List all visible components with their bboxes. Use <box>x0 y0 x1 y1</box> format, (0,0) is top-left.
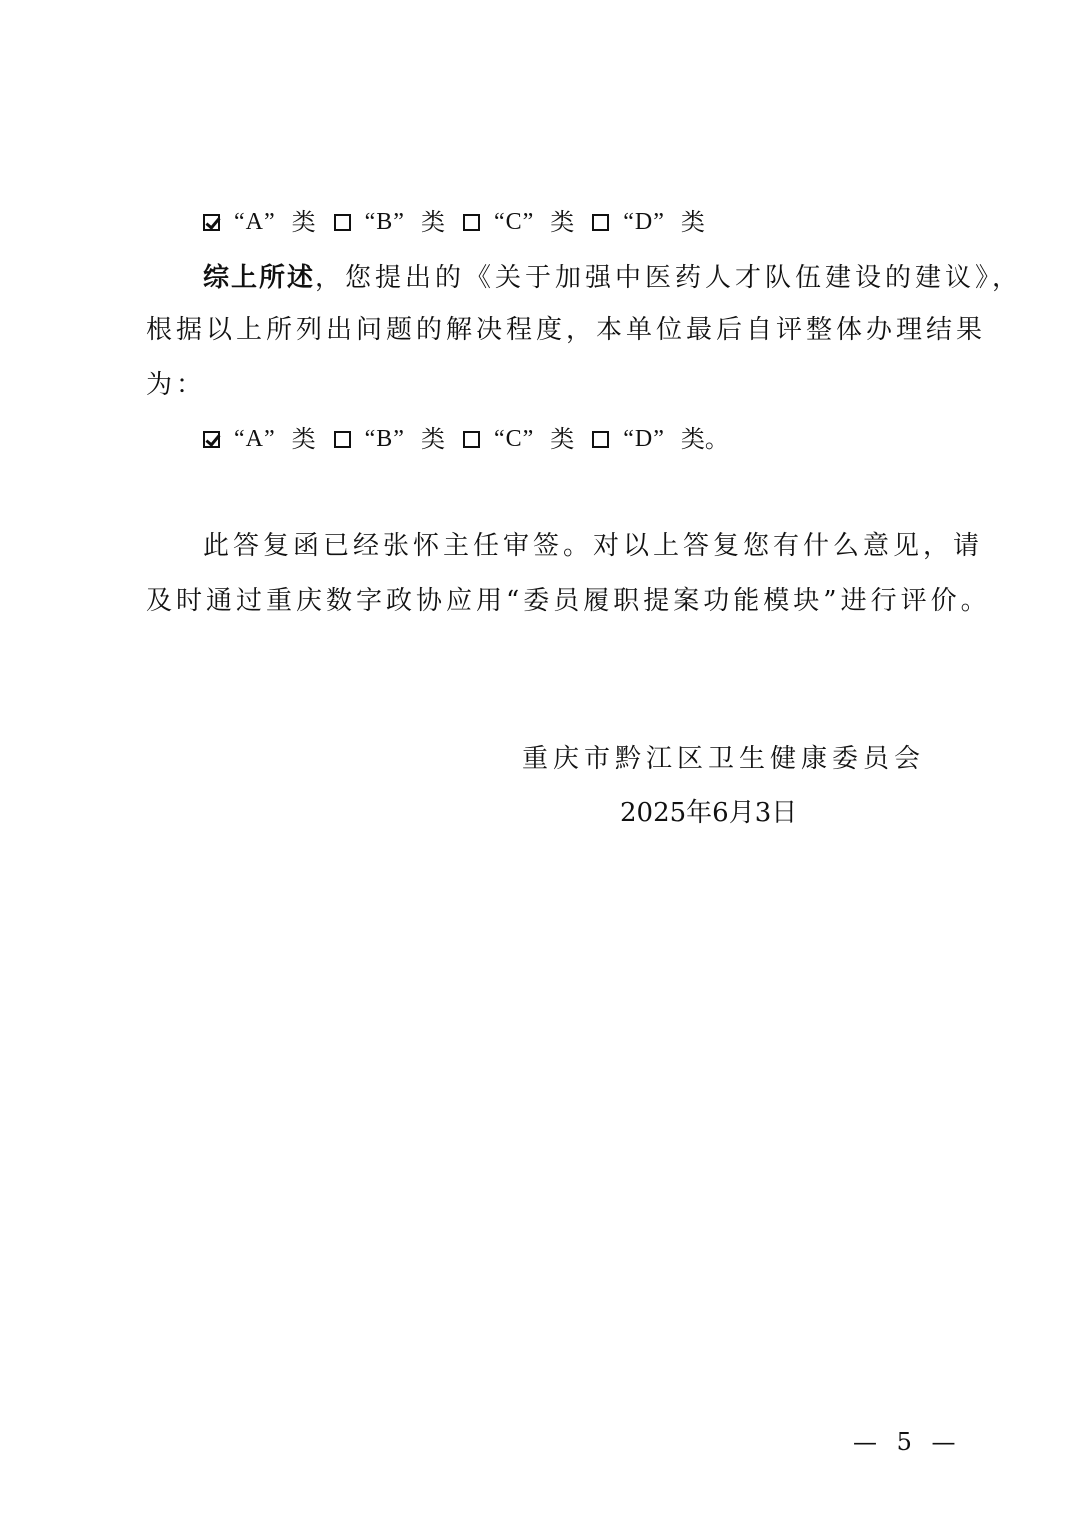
option-suffix: 类 <box>421 207 445 237</box>
document-page: “A” 类 “B” 类 “C” 类 “D” 类 综上所述，您提出的《关于加强中医… <box>0 0 1074 1520</box>
option-label: “B” <box>365 424 405 454</box>
option-suffix: 类 <box>292 424 316 454</box>
checkbox-empty-icon[interactable] <box>592 214 609 231</box>
closing-line-1: 此答复函已经张怀主任审签。对以上答复您有什么意见，请 <box>203 531 983 561</box>
checkbox-empty-icon[interactable] <box>334 431 351 448</box>
closing-line-2: 及时通过重庆数字政协应用“委员履职提案功能模块”进行评价。 <box>146 586 991 616</box>
option-label: “A” <box>234 424 276 454</box>
page-number: — 5 — <box>853 1428 962 1456</box>
checkbox-empty-icon[interactable] <box>334 214 351 231</box>
summary-line-2: 根据以上所列出问题的解决程度，本单位最后自评整体办理结果 <box>146 315 986 345</box>
rating-row: “A” 类 “B” 类 “C” 类 “D” 类 <box>203 207 723 237</box>
summary-lead: 综上所述 <box>203 263 315 293</box>
option-label: “C” <box>494 424 534 454</box>
summary-line-3: 为： <box>146 370 206 400</box>
option-suffix: 类 <box>421 424 445 454</box>
option-label: “B” <box>365 207 405 237</box>
final-rating-row: “A” 类 “B” 类 “C” 类 “D” 类。 <box>203 424 747 454</box>
option-label: “D” <box>623 424 665 454</box>
option-label: “A” <box>234 207 276 237</box>
option-suffix: 类 <box>681 207 705 237</box>
summary-line-1: 综上所述，您提出的《关于加强中医药人才队伍建设的建议》， <box>203 263 1022 293</box>
option-suffix: 类。 <box>681 424 729 454</box>
checkbox-empty-icon[interactable] <box>463 214 480 231</box>
checkbox-checked-icon[interactable] <box>203 431 220 448</box>
option-label: “C” <box>494 207 534 237</box>
option-suffix: 类 <box>292 207 316 237</box>
checkbox-empty-icon[interactable] <box>592 431 609 448</box>
option-suffix: 类 <box>550 424 574 454</box>
option-suffix: 类 <box>550 207 574 237</box>
signature-date: 2025年6月3日 <box>620 798 797 828</box>
summary-text: ，您提出的《关于加强中医药人才队伍建设的建议》， <box>315 263 1022 293</box>
option-label: “D” <box>623 207 665 237</box>
checkbox-empty-icon[interactable] <box>463 431 480 448</box>
checkbox-checked-icon[interactable] <box>203 214 220 231</box>
signature-organization: 重庆市黔江区卫生健康委员会 <box>522 744 925 774</box>
